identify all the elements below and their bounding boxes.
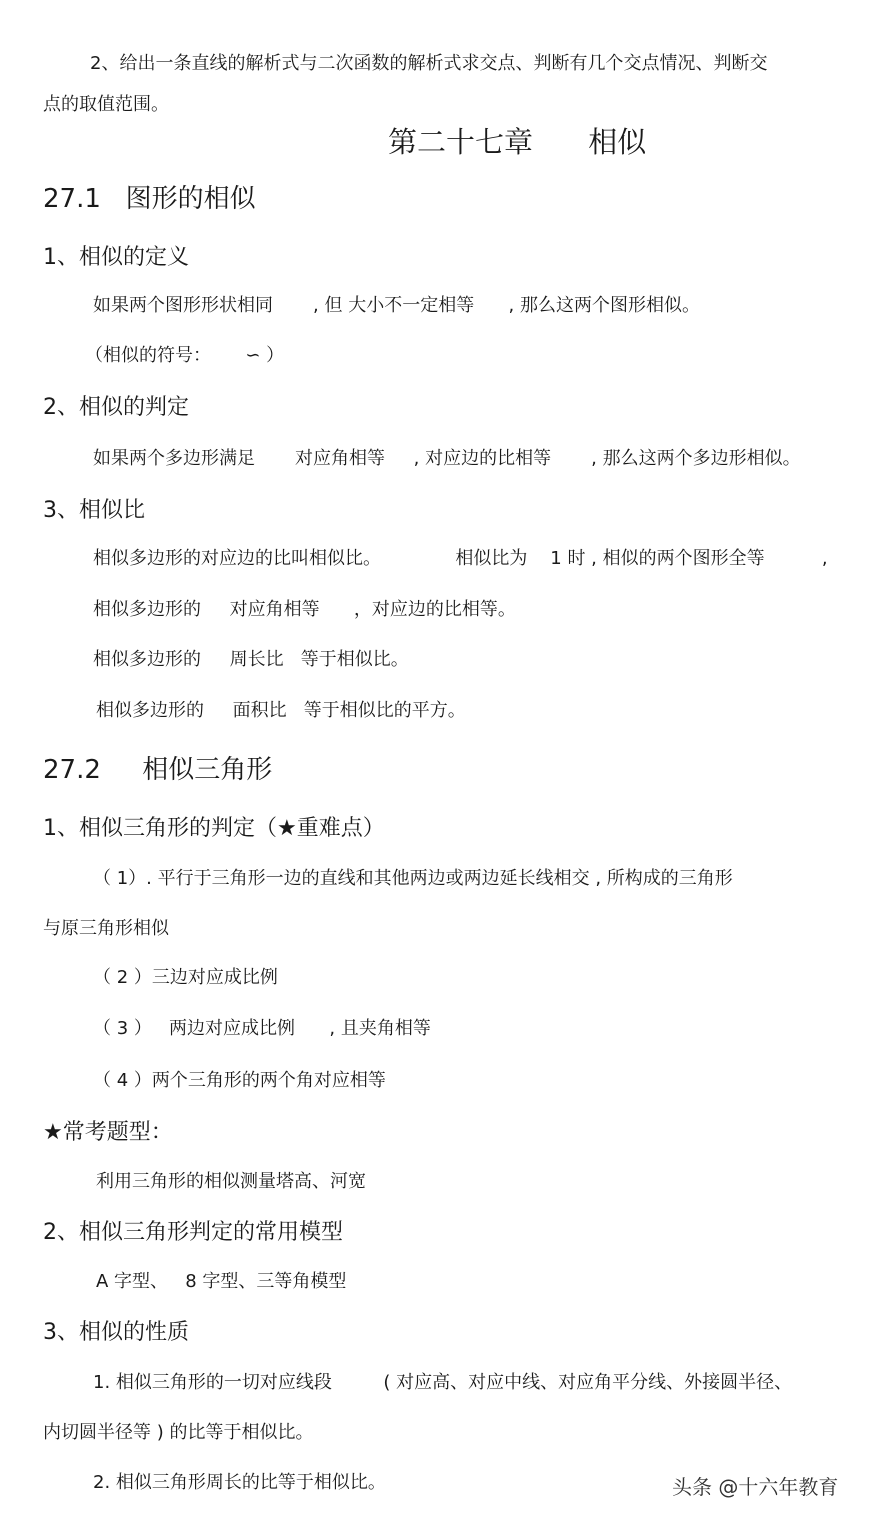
models-text: A 字型、 8 字型、三等角模型 [96, 1273, 346, 1291]
chapter-title: 第二十七章 相似 [388, 128, 646, 157]
ratio-line-3: 相似多边形的 周长比 等于相似比。 [93, 651, 409, 669]
ratio-heading: 3、相似比 [43, 500, 145, 522]
criteria-item-1-line-2: 与原三角形相似 [43, 920, 169, 938]
definition-text: 如果两个图形形状相同 , 但 大小不一定相等 , 那么这两个图形相似。 [93, 297, 700, 315]
similarity-symbol-note: （相似的符号： ∽ ） [85, 347, 284, 365]
properties-heading: 3、相似的性质 [43, 1322, 189, 1344]
judgement-text: 如果两个多边形满足 对应角相等 , 对应边的比相等 , 那么这两个多边形相似。 [93, 450, 801, 468]
ratio-line-1: 相似多边形的对应边的比叫相似比。 相似比为 1 时 , 相似的两个图形全等 , [93, 550, 828, 568]
watermark: 头条 @十六年教育 [672, 1477, 838, 1497]
properties-item-1-line-1: 1. 相似三角形的一切对应线段 ( 对应高、对应中线、对应角平分线、外接圆半径、 [93, 1374, 792, 1392]
intro-line-2: 点的取值范围。 [43, 96, 169, 114]
ratio-line-2: 相似多边形的 对应角相等 ，对应边的比相等。 [93, 601, 516, 619]
properties-item-2: 2. 相似三角形周长的比等于相似比。 [93, 1474, 386, 1492]
definition-heading: 1、相似的定义 [43, 247, 189, 269]
intro-line-1: 2、给出一条直线的解析式与二次函数的解析式求交点、判断有几个交点情况、判断交 [90, 55, 767, 73]
criteria-item-2: （ 2 ）三边对应成比例 [93, 969, 278, 987]
criteria-item-1-line-1: （ 1）. 平行于三角形一边的直线和其他两边或两边延长线相交 , 所构成的三角形 [93, 870, 733, 888]
section-27-1-title: 27.1 图形的相似 [43, 186, 256, 212]
properties-item-1-line-2: 内切圆半径等 ) 的比等于相似比。 [43, 1424, 313, 1442]
ratio-line-4: 相似多边形的 面积比 等于相似比的平方。 [96, 702, 466, 720]
common-types-heading: ★常考题型： [43, 1122, 173, 1144]
section-27-2-title: 27.2 相似三角形 [43, 757, 272, 783]
criteria-heading: 1、相似三角形的判定（★重难点） [43, 818, 385, 840]
models-heading: 2、相似三角形判定的常用模型 [43, 1222, 343, 1244]
criteria-item-3: （ 3 ） 两边对应成比例 , 且夹角相等 [93, 1020, 431, 1038]
criteria-item-4: （ 4 ）两个三角形的两个角对应相等 [93, 1072, 386, 1090]
judgement-heading: 2、相似的判定 [43, 397, 189, 419]
common-types-text: 利用三角形的相似测量塔高、河宽 [96, 1173, 366, 1191]
